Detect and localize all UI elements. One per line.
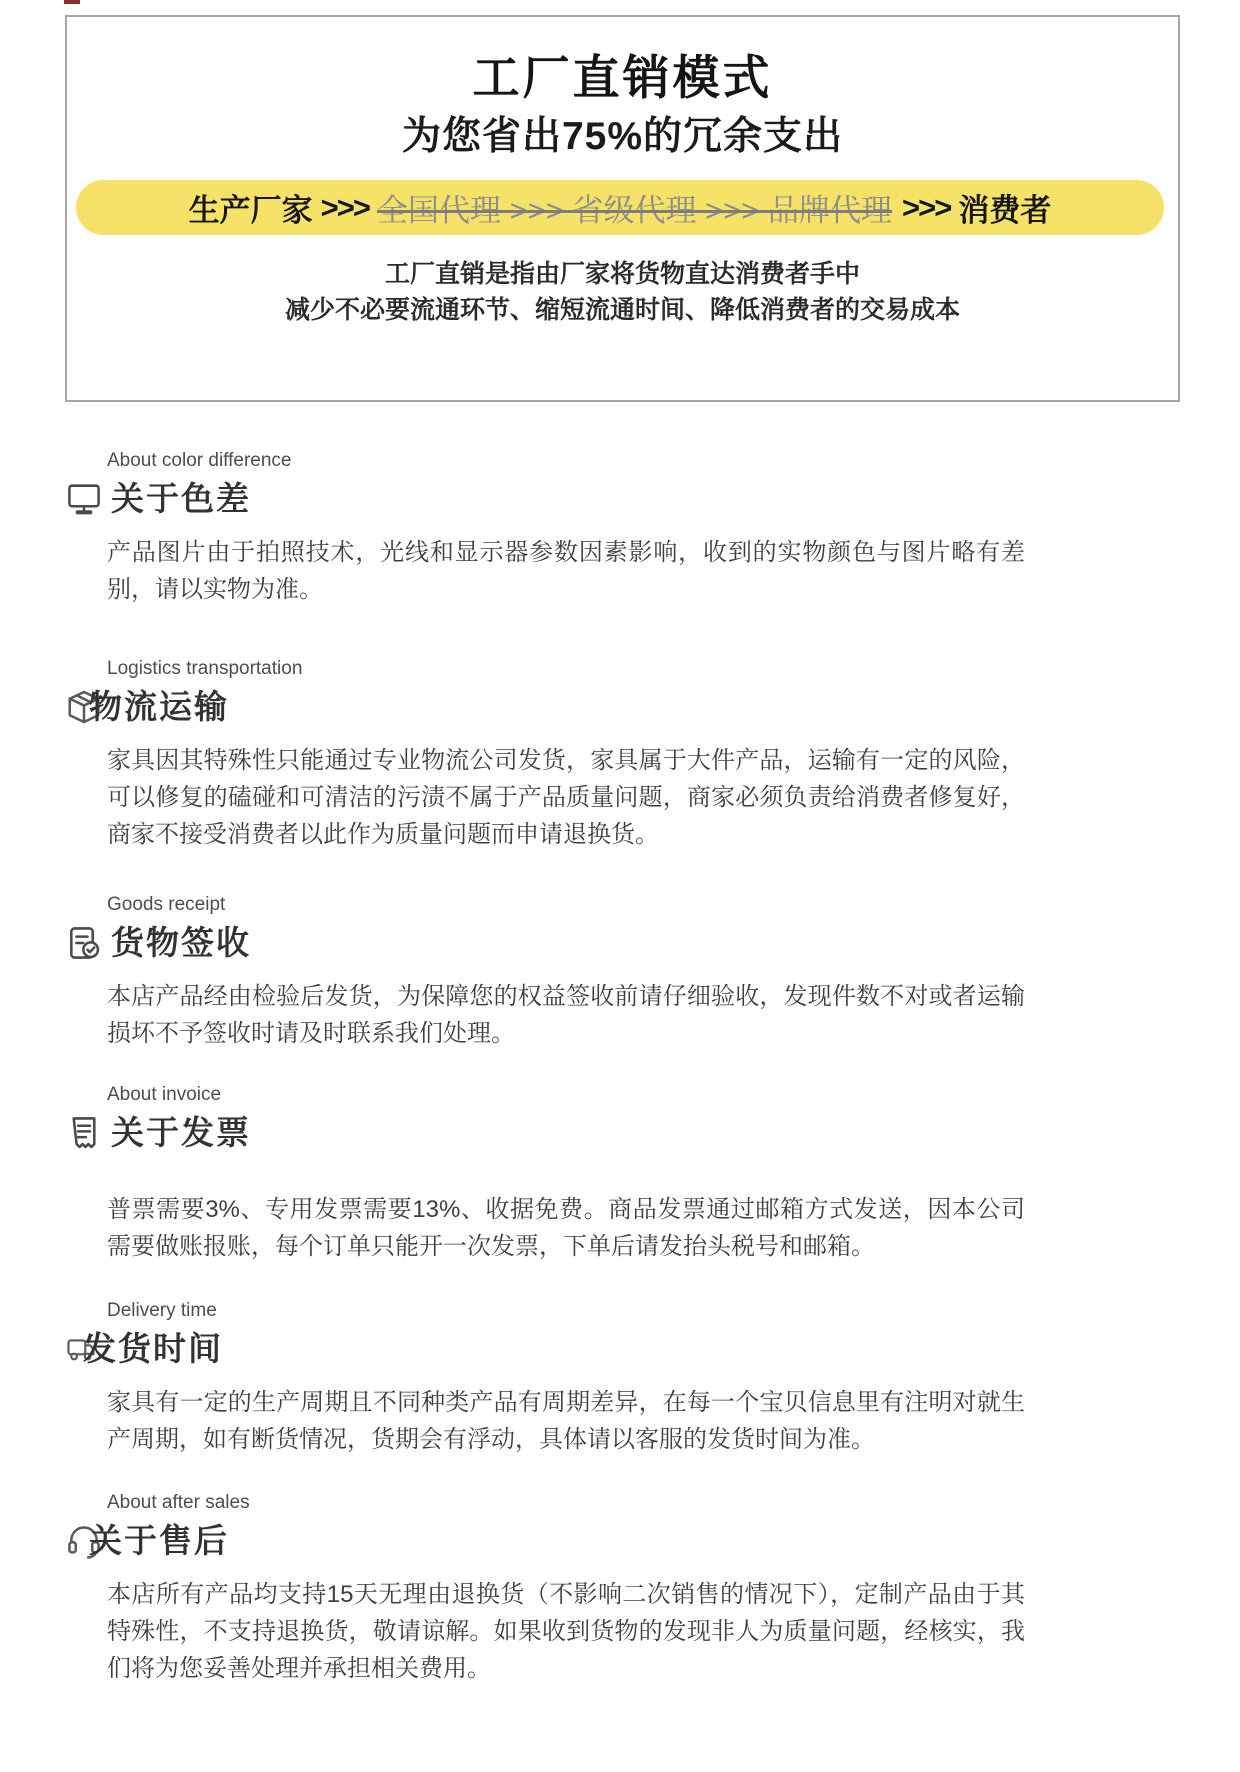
- product-policy-page: 工厂直销模式 为您省出75%的冗余支出 生产厂家 >>> 全国代理 >>> 省级…: [0, 0, 1240, 1772]
- flow-highlight: 生产厂家 >>> 全国代理 >>> 省级代理 >>> 品牌代理 >>> 消费者: [76, 180, 1164, 235]
- cropped-edge-artifact: [64, 0, 80, 4]
- section-title: 货物签收: [111, 921, 251, 965]
- hero-description-line1: 工厂直销是指由厂家将货物直达消费者手中: [67, 254, 1178, 290]
- factory-direct-hero-box: 工厂直销模式 为您省出75%的冗余支出 生产厂家 >>> 全国代理 >>> 省级…: [65, 15, 1180, 402]
- monitor-icon: [65, 480, 103, 518]
- flow-arrow-left: >>>: [313, 190, 377, 226]
- section-body: 本店所有产品均支持15天无理由退换货（不影响二次销售的情况下），定制产品由于其特…: [107, 1576, 1025, 1687]
- section-label-en: Goods receipt: [107, 894, 1145, 916]
- section-label-en: Delivery time: [107, 1300, 1145, 1322]
- section-title: 关于发票: [111, 1111, 251, 1155]
- section-color-difference: About color difference 关于色差 产品图片由于拍照技术，光…: [65, 450, 1145, 608]
- hero-title: 工厂直销模式: [67, 49, 1178, 107]
- clipboard-check-icon: [65, 924, 103, 962]
- section-body: 家具因其特殊性只能通过专业物流公司发货，家具属于大件产品，运输有一定的风险，可以…: [107, 742, 1025, 853]
- flow-middle-struck: 全国代理 >>> 省级代理 >>> 品牌代理: [377, 185, 894, 230]
- flow-arrow-right: >>>: [894, 190, 958, 226]
- section-delivery-time: Delivery time 发货时间 家具有一定的生产周期且不同种类产品有周期差…: [65, 1300, 1145, 1458]
- section-label-en: About after sales: [107, 1492, 1145, 1514]
- section-label-en: About color difference: [107, 450, 1145, 472]
- section-label-en: About invoice: [107, 1084, 1145, 1106]
- section-body: 家具有一定的生产周期且不同种类产品有周期差异，在每一个宝贝信息里有注明对就生产周…: [107, 1384, 1025, 1458]
- flow-consumer: 消费者: [958, 185, 1051, 230]
- section-body: 产品图片由于拍照技术，光线和显示器参数因素影响，收到的实物颜色与图片略有差别，请…: [107, 534, 1025, 608]
- section-body: 本店产品经由检验后发货，为保障您的权益签收前请仔细验收，发现件数不对或者运输损坏…: [107, 978, 1025, 1052]
- section-title: 关于色差: [111, 477, 251, 521]
- hero-description-line2: 减少不必要流通环节、缩短流通时间、降低消费者的交易成本: [67, 290, 1178, 326]
- section-body: 普票需要3%、专用发票需要13%、收据免费。商品发票通过邮箱方式发送，因本公司需…: [107, 1191, 1025, 1265]
- section-logistics: Logistics transportation 物流运输 家具因其特殊性只能通…: [65, 658, 1145, 853]
- invoice-icon: [65, 1114, 103, 1152]
- section-title: 发货时间: [83, 1327, 223, 1371]
- section-title: 物流运输: [89, 685, 229, 729]
- section-title: 关于售后: [89, 1519, 229, 1563]
- hero-subtitle: 为您省出75%的冗余支出: [67, 112, 1178, 162]
- section-invoice: About invoice 关于发票 普票需要3%、专用发票需要13%、收据免费…: [65, 1084, 1145, 1265]
- section-label-en: Logistics transportation: [107, 658, 1145, 680]
- section-goods-receipt: Goods receipt 货物签收 本店产品经由检验后发货，为保障您的权益签收…: [65, 894, 1145, 1052]
- flow-producer: 生产厂家: [189, 185, 313, 230]
- section-after-sales: About after sales 关于售后 本店所有产品均支持15天无理由退换…: [65, 1492, 1145, 1687]
